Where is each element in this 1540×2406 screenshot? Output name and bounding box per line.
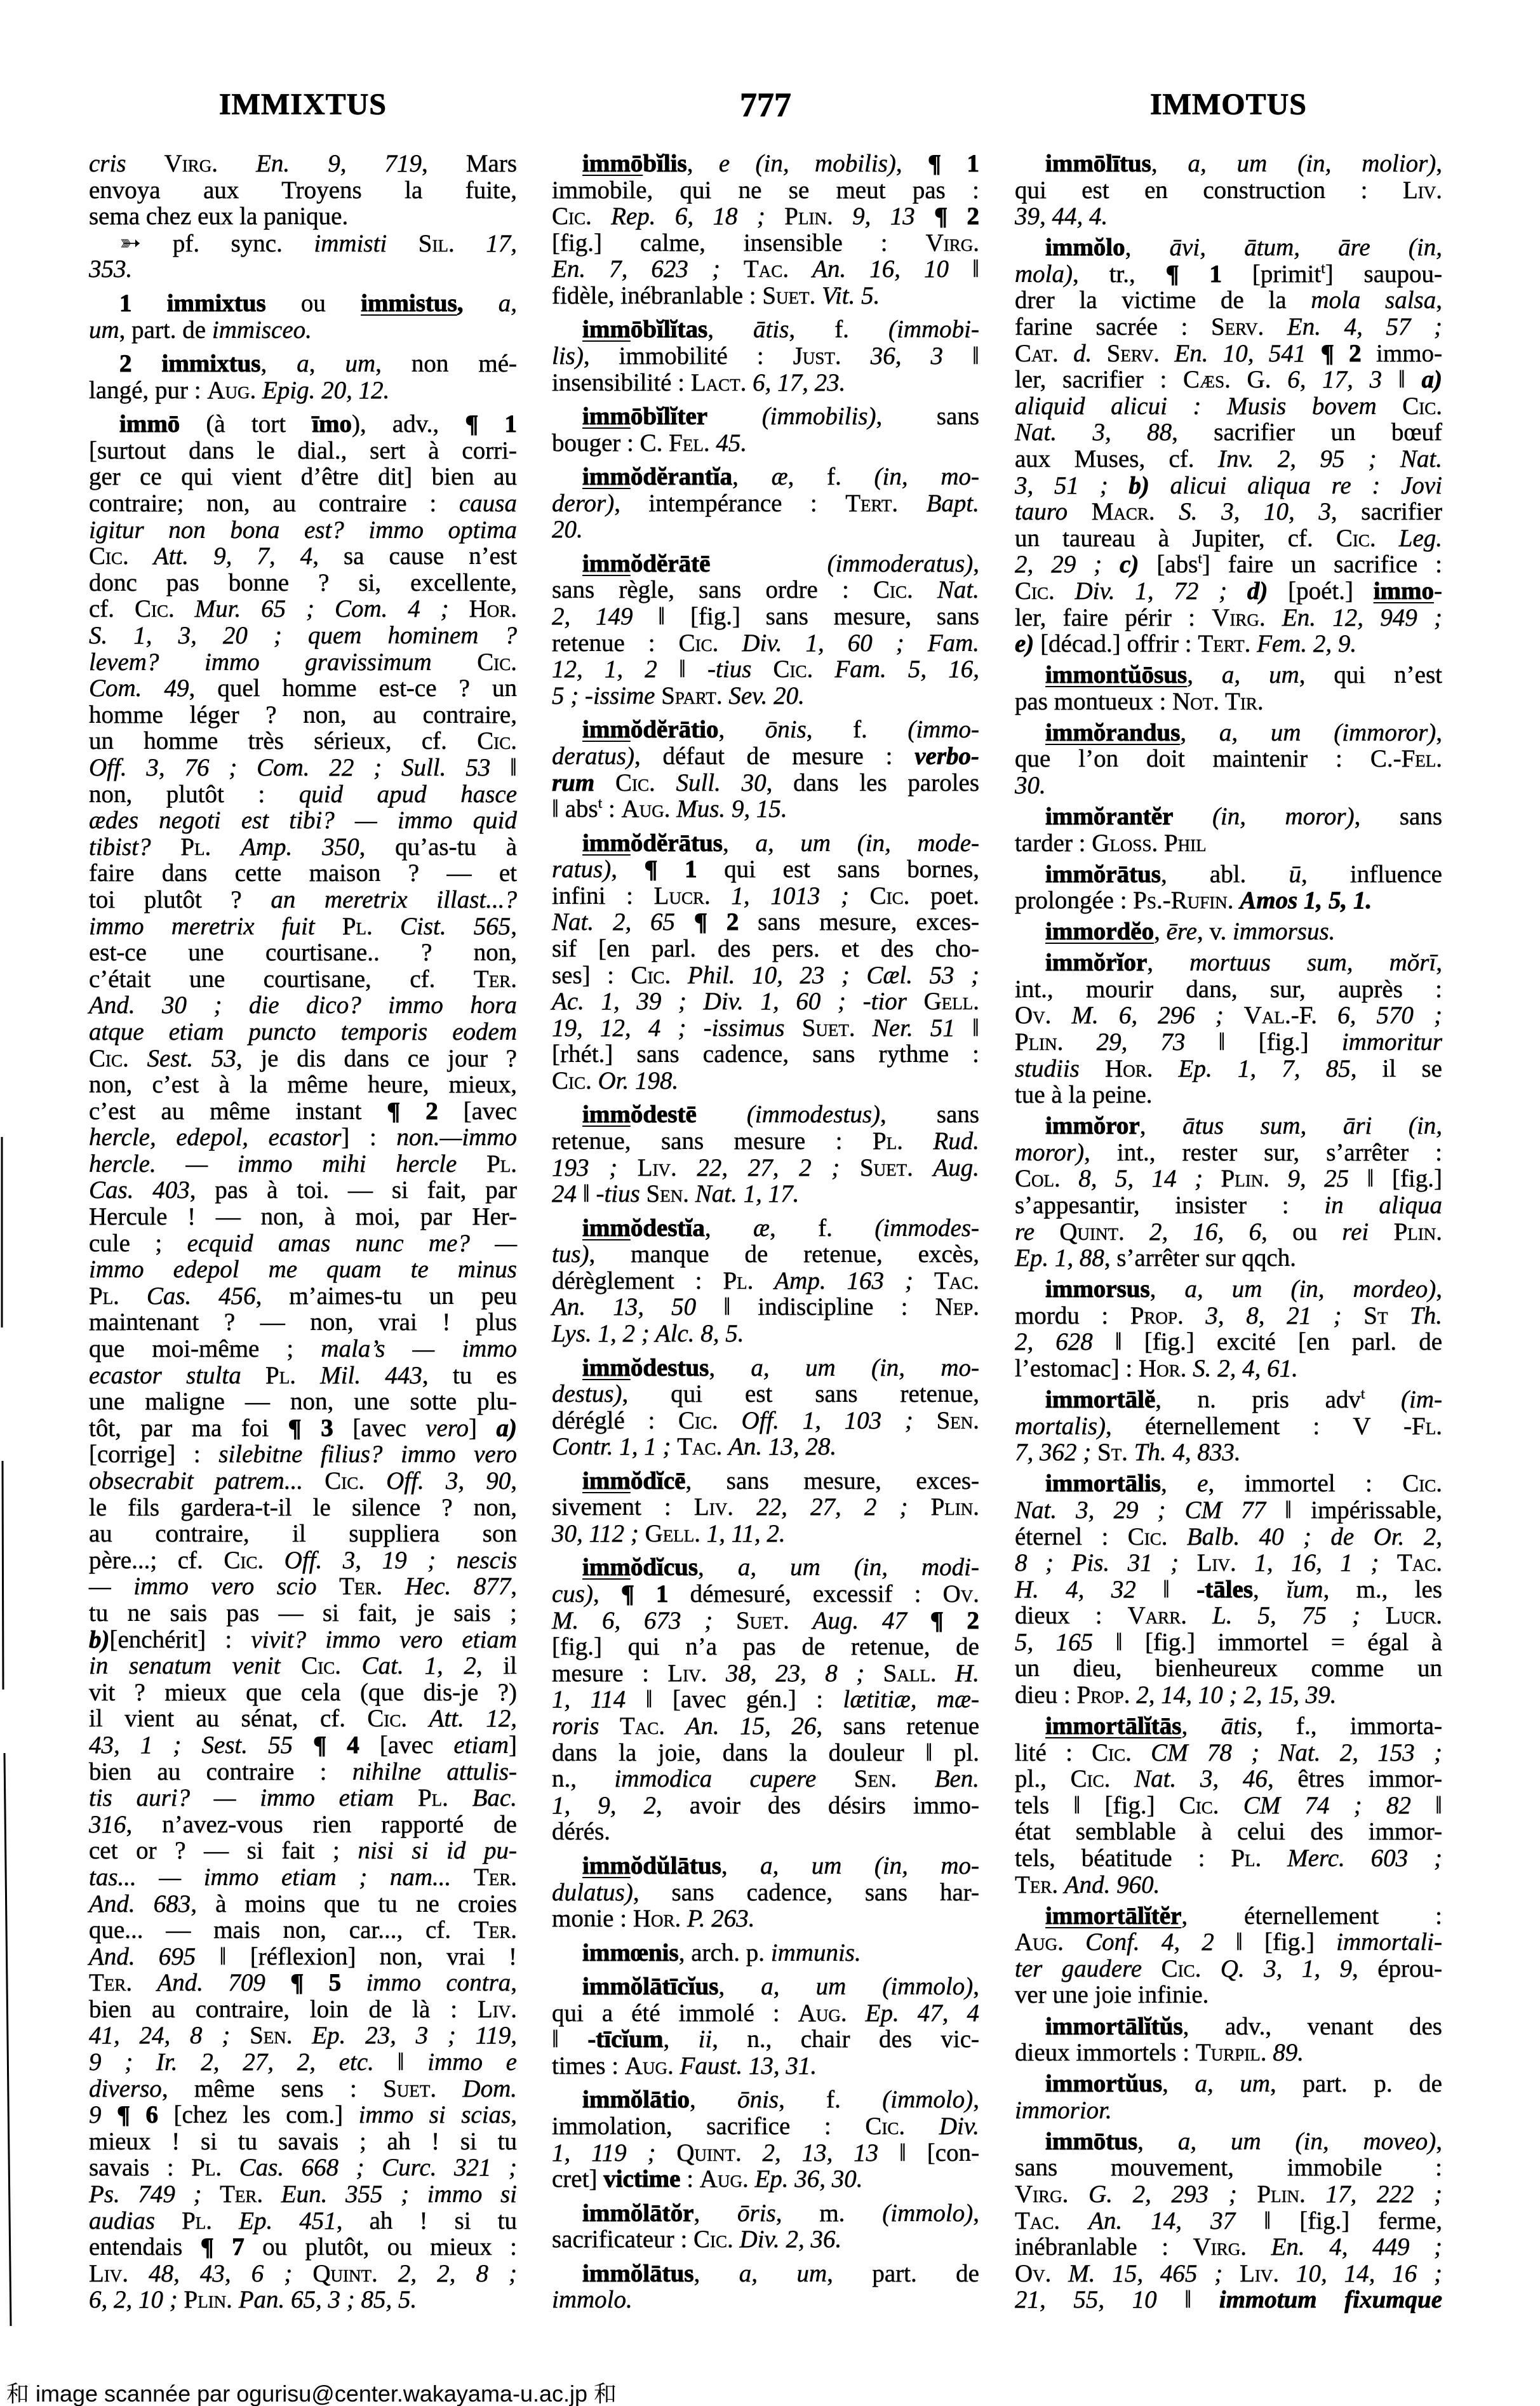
text-line: drer la victime de la mola salsa,	[1015, 287, 1442, 314]
italic-text: immolo.	[552, 2286, 633, 2313]
text-line: éternel : Cic. Balb. 40 ; de Or. 2,	[1015, 1524, 1442, 1550]
bold-headword: ŏdestus	[631, 1354, 709, 1381]
italic-text: En. 4, 449 ;	[1271, 2233, 1442, 2261]
dictionary-entry: immŏrĭor, mortuus sum, mŏrī,int., mourir…	[1015, 950, 1442, 1108]
underlined-headword: immo	[1374, 577, 1434, 605]
bold-headword: ŏdestē	[631, 1101, 697, 1128]
text-line: pl., Cic. Nat. 3, 46, êtres immor-	[1015, 1766, 1442, 1792]
text-line: Plin. 29, 73 ‖ [fig.] immoritur	[1015, 1029, 1442, 1056]
italic-text: 36, 3	[871, 342, 943, 370]
author-abbreviation: Pl.	[723, 1267, 753, 1294]
dictionary-entry: immŏdĕrātē (immoderatus),sans règle, san…	[552, 551, 979, 709]
bold-headword: ŏdĭcus	[631, 1554, 698, 1581]
text-line: sema chez eux la panique.	[89, 203, 517, 230]
entry-headword-line: immortŭus, a, um, part. p. de	[1015, 2071, 1442, 2097]
italic-text: mola)	[1015, 260, 1073, 288]
italic-text: (im-	[1401, 1386, 1442, 1413]
text-line: And. 695 ‖ [réflexion] non, vrai !	[89, 1944, 517, 1970]
text-line: H. 4, 32 ‖ -tāles, ĭum, m., les	[1015, 1576, 1442, 1603]
author-abbreviation: Suet.	[736, 1607, 789, 1634]
italic-text: Off. 3, 76 ; Com. 22 ; Sull. 53	[89, 754, 490, 781]
entry-headword-line: immontŭōsus, a, um, qui n’est	[1015, 662, 1442, 689]
column-left: cris Virg. En. 9, 719, Marsenvoya aux Tr…	[89, 151, 517, 2313]
bold-headword: immŏlātus	[582, 2260, 694, 2287]
italic-text: 29, 73	[1097, 1028, 1186, 1056]
entry-headword-line: immŏrĭor, mortuus sum, mŏrī,	[1015, 950, 1442, 976]
italic-text: a	[297, 350, 309, 377]
italic-text: 9, 13	[852, 203, 915, 230]
author-abbreviation: Serv.	[1107, 340, 1160, 367]
author-abbreviation: Gell.	[645, 1520, 700, 1547]
italic-text: 5 ; -issime	[552, 682, 655, 709]
text-line: 9 ¶ 6 [chez les com.] immo si scias,	[89, 2102, 517, 2128]
italic-text: Th. 4, 833.	[1134, 1439, 1241, 1466]
italic-text: Dom.	[462, 2075, 517, 2102]
text-line: immo edepol me quam te minus	[89, 1256, 517, 1283]
italic-text: immo e	[427, 2048, 517, 2076]
text-line: [fig.] qui n’a pas de retenue, de	[552, 1634, 979, 1660]
text-line: Ov. M. 15, 465 ; Liv. 10, 14, 16 ;	[1015, 2261, 1442, 2287]
italic-text: um	[89, 316, 119, 344]
author-abbreviation: V -Fl.	[1353, 1413, 1442, 1440]
text-line: 41, 24, 8 ; Sen. Ep. 23, 3 ; 119,	[89, 2022, 517, 2049]
text-line: Nat. 2, 65 ¶ 2 sans mesure, exces-	[552, 909, 979, 936]
italic-text: Q. 3, 1, 9	[1221, 1955, 1352, 1982]
entry-headword-line: 1 immixtus ou immistus, a,	[89, 290, 517, 317]
italic-text: 1, 9, 2	[552, 1792, 656, 1819]
italic-text: Mil. 443	[320, 1362, 422, 1389]
bold-italic-text: b)	[1128, 472, 1149, 499]
italic-text: lis)	[552, 342, 584, 370]
author-abbreviation: Hor.	[633, 1905, 681, 1932]
text-line: 30.	[1015, 772, 1442, 799]
text-line: tarder : Gloss. Phil	[1015, 830, 1442, 857]
italic-text: An. 13, 28.	[728, 1433, 836, 1460]
text-line: savais : Pl. Cas. 668 ; Curc. 321 ;	[89, 2154, 517, 2181]
bold-headword: īmo	[312, 410, 352, 438]
author-abbreviation: Hor.	[1139, 1355, 1186, 1382]
text-line: ‖ abst : Aug. Mus. 9, 15.	[552, 796, 979, 823]
entry-headword-line: immŏdĭcus, a, um (in, modi-	[552, 1554, 979, 1581]
author-abbreviation: Prop.	[1076, 1681, 1130, 1709]
text-line: And. 683, à moins que tu ne croies	[89, 1891, 517, 1918]
italic-text: Cat. 1, 2	[362, 1652, 476, 1679]
text-line: bien au contraire, loin de là : Liv.	[89, 1996, 517, 2023]
author-abbreviation: Cic.	[552, 203, 592, 230]
italic-text: 38, 23, 8 ;	[726, 1660, 864, 1687]
bold-italic-text: a)	[1422, 366, 1443, 393]
text-line: sivement : Liv. 22, 27, 2 ; Plin.	[552, 1494, 979, 1521]
underlined-headword: immŏrandus	[1045, 719, 1180, 746]
dictionary-entry: immōbĭlĭtas, ātis, f. (immobi-lis), immo…	[552, 316, 979, 396]
entry-headword-line: immŏdĕrātē (immoderatus),	[552, 551, 979, 577]
dictionary-entry: immōbĭlĭter (immobilis), sansbouger : C.…	[552, 403, 979, 456]
text-line: insensibilité : Lact. 6, 17, 23.	[552, 370, 979, 396]
italic-text: immo meretrix fuit	[89, 913, 315, 940]
italic-text: āvi, ātum, āre (in,	[1170, 234, 1442, 261]
italic-text: moror)	[1015, 1139, 1084, 1166]
author-abbreviation: Not. Tir.	[1172, 688, 1264, 715]
entry-headword-line: immŏdĕrantĭa, æ, f. (in, mo-	[552, 464, 979, 490]
italic-text: An. 16, 10	[812, 255, 949, 283]
dictionary-entry: immŏror, ātus sum, āri (in,moror), int.,…	[1015, 1113, 1442, 1272]
italic-text: 17,	[486, 230, 517, 257]
italic-text: 6, 17, 3	[1287, 366, 1382, 393]
text-line: Cic. Rep. 6, 18 ; Plin. 9, 13 ¶ 2	[552, 203, 979, 230]
text-line: mieux ! si tu savais ; ah ! si tu	[89, 2128, 517, 2155]
author-abbreviation: Ov.	[1015, 2260, 1051, 2287]
text-line: 1, 114 ‖ [avec gén.] : lætitiæ, mæ-	[552, 1686, 979, 1713]
italic-text: Div.	[939, 2113, 979, 2140]
author-abbreviation: Cic.	[89, 542, 129, 570]
text-line: Aug. Conf. 4, 2 ‖ [fig.] immortali-	[1015, 1929, 1442, 1956]
italic-text: mola salsa	[1311, 286, 1436, 314]
dictionary-entry: immō (à tort īmo), adv., ¶ 1[surtout dan…	[89, 411, 517, 2313]
underlined-headword: imm	[582, 1354, 631, 1381]
italic-text: tibist?	[89, 833, 151, 861]
italic-text: 1, 16, 1 ;	[1254, 1549, 1379, 1576]
author-abbreviation: Serv.	[1211, 313, 1264, 340]
author-abbreviation: Cic.	[89, 1045, 129, 1072]
underlined-headword: imm	[582, 830, 631, 857]
italic-text: Div. 1, 72 ;	[1075, 577, 1228, 605]
dictionary-entry: immortŭus, a, um, part. p. deimmorior.	[1015, 2071, 1442, 2123]
underlined-headword: imm	[582, 463, 631, 490]
entry-headword-line: immōbĭlĭtas, ātis, f. (immobi-	[552, 316, 979, 343]
underlined-headword: imm	[582, 1101, 631, 1128]
author-abbreviation: Hor.	[1105, 1055, 1153, 1082]
text-line: diverso, même sens : Suet. Dom.	[89, 2076, 517, 2102]
text-line: hercle. — immo mihi hercle Pl.	[89, 1151, 517, 1178]
author-abbreviation: Ter.	[474, 965, 517, 993]
italic-text: Com. 49	[89, 675, 189, 702]
bold-headword: ¶ 1	[928, 150, 979, 177]
italic-text: levem? immo gravissimum	[89, 649, 432, 676]
italic-text: etiam	[453, 1731, 509, 1759]
text-line: roris Tac. An. 15, 26, sans retenue	[552, 1713, 979, 1740]
text-line: cf. Cic. Mur. 65 ; Com. 4 ; Hor.	[89, 596, 517, 622]
italic-text: CM 78 ; Nat. 2, 153 ;	[1151, 1739, 1442, 1766]
author-abbreviation: Cic.	[1071, 1765, 1111, 1792]
italic-text: dulatus)	[552, 1879, 633, 1906]
text-line: [surtout dans le dial., sert à corri-	[89, 438, 517, 464]
author-abbreviation: Tert.	[845, 490, 898, 517]
bold-headword: -tāles	[1196, 1576, 1253, 1603]
italic-text: Cas. 456	[147, 1282, 256, 1310]
author-abbreviation: Prop.	[1130, 1302, 1184, 1329]
italic-text: a, um (in, mo-	[760, 1852, 979, 1879]
italic-text: an meretrix illast...?	[271, 886, 517, 913]
text-line: ter gaudere Cic. Q. 3, 1, 9, éprou-	[1015, 1956, 1442, 1982]
entry-headword-line: immŏror, ātus sum, āri (in,	[1015, 1113, 1442, 1139]
author-abbreviation: Pl.	[418, 1784, 448, 1811]
italic-text: An. 14, 37	[1088, 2207, 1235, 2235]
text-line: sif [en parl. des pers. et des cho-	[552, 936, 979, 962]
text-line: ædes negoti est tibi? — immo quid	[89, 807, 517, 834]
text-line: Com. 49, quel homme est-ce ? un	[89, 675, 517, 702]
italic-text: Off. 1, 103 ;	[741, 1407, 913, 1434]
italic-text: Mur. 65 ; Com. 4 ;	[195, 595, 449, 622]
italic-text: And. 709	[157, 1969, 265, 1996]
author-abbreviation: Pl.	[182, 2207, 212, 2235]
entry-headword-line: immortālĭtĕr, éternellement :	[1015, 1903, 1442, 1930]
text-line: 7, 362 ; St. Th. 4, 833.	[1015, 1439, 1442, 1466]
text-line: qui est en construction : Liv.	[1015, 177, 1442, 204]
entry-headword-line: immŏlo, āvi, ātum, āre (in,	[1015, 234, 1442, 261]
author-abbreviation: Pl.	[342, 913, 373, 940]
italic-text: a, um	[1222, 661, 1299, 689]
dictionary-entry: immortālĕ, n. pris advt (im-mortalis), é…	[1015, 1387, 1442, 1466]
italic-text: 10, 14, 16 ;	[1296, 2260, 1442, 2287]
italic-text: vivit? immo vero etiam	[251, 1626, 517, 1653]
text-line: — immo vero scio Ter. Hec. 877,	[89, 1573, 517, 1600]
author-abbreviation: Liv.	[1197, 1549, 1236, 1576]
entry-headword-line: immŏdŭlātus, a, um (in, mo-	[552, 1853, 979, 1879]
underlined-headword: immortālĭtās	[1045, 1712, 1181, 1740]
text-line: atque etiam puncto temporis eodem	[89, 1019, 517, 1045]
text-line: Ac. 1, 39 ; Div. 1, 60 ; -tior Gell.	[552, 988, 979, 1015]
bold-headword: immŏlātīcĭus	[582, 1973, 718, 2000]
scan-credit-footer: 和 image scannée par ogurisu@center.wakay…	[6, 2382, 617, 2405]
italic-text: (immolo)	[882, 2086, 973, 2113]
dictionary-entry: immœnis, arch. p. immunis.	[552, 1940, 979, 1966]
entry-headword-line: immortālis, e, immortel : Cic.	[1015, 1470, 1442, 1497]
text-line: farine sacrée : Serv. En. 4, 57 ;	[1015, 314, 1442, 340]
author-abbreviation: Ov.	[1015, 1002, 1051, 1029]
italic-text: 2, 149	[552, 603, 633, 630]
entry-headword-line: immŏlātio, ōnis, f. (immolo),	[552, 2087, 979, 2113]
author-abbreviation: Plin.	[184, 2286, 232, 2313]
author-abbreviation: Nep.	[935, 1293, 979, 1321]
author-abbreviation: Virg.	[1212, 604, 1265, 631]
author-abbreviation: Varr.	[1128, 1602, 1187, 1629]
author-abbreviation: Aug.	[1015, 1928, 1064, 1956]
author-abbreviation: Ter.	[89, 1969, 132, 1996]
italic-text: 7, 362 ;	[1015, 1439, 1091, 1466]
text-line: cule ; ecquid amas nunc me? —	[89, 1230, 517, 1257]
author-abbreviation: Sen.	[250, 2022, 292, 2049]
text-line: 24 ‖ -tius Sen. Nat. 1, 17.	[552, 1181, 979, 1207]
dictionary-entry: immŏlātīcĭus, a, um (immolo),qui a été i…	[552, 1973, 979, 2079]
italic-text: Conf. 4, 2	[1085, 1928, 1214, 1956]
author-abbreviation: Quint.	[312, 2260, 377, 2287]
text-line: tu ne sais pas — si fait, je sais ;	[89, 1600, 517, 1627]
text-line: inébranlable : Virg. En. 4, 449 ;	[1015, 2234, 1442, 2261]
underlined-headword: immō	[582, 150, 643, 177]
bold-headword: ŏdestĭa	[631, 1214, 705, 1242]
text-line: audias Pl. Ep. 451, ah ! si tu	[89, 2208, 517, 2235]
text-line: ger ce qui vient d’être dit] bien au	[89, 464, 517, 490]
text-line: il vient au sénat, cf. Cic. Att. 12,	[89, 1705, 517, 1732]
author-abbreviation: Aug.	[207, 377, 256, 404]
text-line: tels, béatitude : Pl. Merc. 603 ;	[1015, 1845, 1442, 1872]
italic-text: S. 3, 10, 3	[1179, 498, 1331, 525]
text-line: dieux : Varr. L. 5, 75 ; Lucr.	[1015, 1603, 1442, 1629]
text-line: obsecrabit patrem... Cic. Off. 3, 90,	[89, 1468, 517, 1495]
text-line: aliquid alicui : Musis bovem Cic.	[1015, 393, 1442, 420]
text-line: homme léger ? non, au contraire,	[89, 702, 517, 729]
bold-headword: ŏdŭlātus	[631, 1852, 721, 1879]
italic-text: ter gaudere	[1015, 1955, 1142, 1982]
text-line: Cic. Div. 1, 72 ; d) [poét.] immo-	[1015, 578, 1442, 605]
text-line: 8 ; Pis. 31 ; Liv. 1, 16, 1 ; Tac.	[1015, 1550, 1442, 1576]
dictionary-entry: immŏdĕrātus, a, um (in, mode-ratus), ¶ 1…	[552, 830, 979, 1094]
dictionary-entry: immŏrantĕr (in, moror), sanstarder : Glo…	[1015, 803, 1442, 856]
entry-headword-line: immŏrandus, a, um (immoror),	[1015, 720, 1442, 746]
text-line: 9 ; Ir. 2, 27, 2, etc. ‖ immo e	[89, 2049, 517, 2076]
text-line: lité : Cic. CM 78 ; Nat. 2, 153 ;	[1015, 1740, 1442, 1766]
dictionary-entry: immŏlātio, ōnis, f. (immolo),immolation,…	[552, 2087, 979, 2192]
author-abbreviation: Cic.	[135, 595, 175, 622]
superscript-abbrev: t	[1361, 1386, 1365, 1402]
text-line: Cas. 403, pas à toi. — si fait, par	[89, 1177, 517, 1204]
text-line: retenue, sans mesure : Pl. Rud.	[552, 1128, 979, 1155]
italic-text: 2, 628	[1015, 1328, 1093, 1355]
italic-text: atque etiam puncto temporis eodem	[89, 1018, 517, 1045]
text-line: 39, 44, 4.	[1015, 203, 1442, 230]
text-line: ler, sacrifier : Cæs. G. 6, 17, 3 ‖ a)	[1015, 366, 1442, 393]
italic-text: Hec. 877	[405, 1573, 511, 1600]
italic-text: Nat. 3, 29 ; CM 77	[1015, 1496, 1266, 1524]
author-abbreviation: Liv.	[478, 1996, 517, 2023]
author-abbreviation: Cic.	[1179, 1792, 1219, 1819]
italic-text: H. 4, 32	[1015, 1576, 1136, 1603]
text-line: prolongée : Ps.-Rufin. Amos 1, 5, 1.	[1015, 887, 1442, 914]
italic-text: Rep. 6, 18 ;	[611, 203, 765, 230]
italic-text: studiis	[1015, 1055, 1080, 1082]
author-abbreviation: Cic.	[631, 962, 671, 989]
author-abbreviation: Macr.	[1092, 498, 1155, 525]
italic-text: immorsus.	[1233, 918, 1335, 945]
author-abbreviation: Liv.	[1403, 177, 1442, 204]
bold-headword: ¶ 4	[313, 1731, 359, 1759]
text-line: toi plutôt ? an meretrix illast...?	[89, 887, 517, 913]
italic-text: a, um (in, molior)	[1188, 150, 1436, 177]
italic-text: Vit. 5.	[822, 282, 880, 309]
entry-headword-line: immŏlātŏr, ōris, m. (immolo),	[552, 2200, 979, 2227]
author-abbreviation: Turpil.	[1196, 2039, 1267, 2066]
text-line: état semblable à celui des immor-	[1015, 1818, 1442, 1845]
italic-text: Off. 3, 90	[386, 1467, 511, 1495]
italic-text: ū	[1289, 861, 1301, 888]
italic-text: Cas. 668 ; Curc. 321 ;	[239, 2154, 517, 2181]
text-line: int., mourir dans, sur, auprès :	[1015, 976, 1442, 1003]
author-abbreviation: Sall.	[883, 1660, 937, 1687]
underlined-headword: imm	[582, 1467, 631, 1495]
italic-text: 2, 13, 13	[763, 2139, 879, 2167]
text-line: que moi-même ; mala’s — immo	[89, 1336, 517, 1362]
author-abbreviation: Suet.	[802, 1014, 855, 1042]
author-abbreviation: Cic.	[1402, 1470, 1442, 1497]
italic-text: rei	[1342, 1218, 1369, 1246]
author-abbreviation: Virg.	[926, 229, 979, 257]
text-line: mesure : Liv. 38, 23, 8 ; Sall. H.	[552, 1660, 979, 1687]
author-abbreviation: Val.-F.	[1244, 1002, 1317, 1029]
dictionary-entry: immōbĭlis, e (in, mobilis), ¶ 1immobile,…	[552, 151, 979, 309]
italic-text: (immolo)	[882, 2200, 973, 2227]
italic-text: (immodestus)	[747, 1101, 880, 1128]
author-abbreviation: Pl.	[873, 1127, 903, 1155]
italic-text: æ	[772, 463, 788, 490]
italic-text: lætitiæ, mæ-	[843, 1686, 980, 1713]
italic-text: Cas. 403	[89, 1176, 190, 1204]
entry-headword-line: immŏdĭcē, sans mesure, exces-	[552, 1468, 979, 1495]
bold-headword: immortālĕ	[1045, 1386, 1155, 1413]
entry-headword-line: 2 immixtus, a, um, non mé-	[89, 351, 517, 377]
italic-text: a, um (in, modi-	[738, 1554, 979, 1581]
italic-text: immo contra	[366, 1969, 511, 1996]
text-line: au contraire, il suppliera son	[89, 1521, 517, 1547]
text-line: 12, 1, 2 ‖ -tius Cic. Fam. 5, 16,	[552, 656, 979, 683]
text-line: immolo.	[552, 2287, 979, 2313]
author-abbreviation: Cic.	[873, 576, 913, 603]
bold-headword: immortālĭtŭs	[1045, 2013, 1183, 2040]
author-abbreviation: Col.	[1015, 1165, 1061, 1192]
author-abbreviation: Suet.	[762, 282, 815, 309]
bold-italic-text: Amos 1, 5, 1.	[1240, 887, 1372, 914]
italic-text: immunis.	[771, 1939, 861, 1966]
author-abbreviation: Cic.	[1162, 1955, 1202, 1982]
author-abbreviation: Gell.	[924, 988, 979, 1015]
entry-headword-line: immŏlātus, a, um, part. de	[552, 2261, 979, 2287]
italic-text: 2, 29 ;	[1015, 551, 1102, 578]
text-line: 2, 29 ; c) [abst] faire un sacrifice :	[1015, 551, 1442, 578]
text-line: And. 30 ; die dico? immo hora	[89, 992, 517, 1019]
author-abbreviation: Cat.	[1015, 340, 1059, 367]
italic-text: Th.	[1410, 1302, 1442, 1329]
italic-text: a, um (immoror)	[1219, 719, 1436, 746]
bold-headword: immŏror	[1045, 1112, 1140, 1139]
entry-headword-line: immō (à tort īmo), adv., ¶ 1	[89, 411, 517, 438]
bold-headword: immortālis	[1045, 1470, 1161, 1497]
bold-headword: ¶ 3	[288, 1415, 333, 1442]
author-abbreviation: Cæs.	[1183, 366, 1231, 393]
italic-text: silebitne filius? immo vero	[218, 1441, 517, 1468]
bold-headword: immorsus	[1045, 1275, 1150, 1303]
bold-headword: ¶ 1	[645, 856, 697, 883]
author-abbreviation: Pl.	[180, 833, 211, 861]
author-abbreviation: Aug.	[625, 2052, 674, 2080]
italic-text: En. 4, 57 ;	[1287, 313, 1442, 340]
italic-text: Att. 9, 7, 4	[154, 542, 312, 570]
italic-text: ædes negoti est tibi? — immo quid	[89, 807, 517, 834]
entry-headword-line: immordĕo, ēre, v. immorsus.	[1015, 918, 1442, 945]
author-abbreviation: Ter.	[474, 1916, 517, 1944]
bold-italic-text: a)	[497, 1415, 518, 1442]
italic-text: 193 ;	[552, 1154, 617, 1181]
italic-text: (immobi-	[888, 316, 979, 343]
italic-text: Ac. 1, 39 ; Div. 1, 60 ; -tior	[552, 988, 907, 1015]
author-abbreviation: Tert.	[1198, 630, 1250, 657]
italic-text: 30, 112 ;	[552, 1520, 639, 1547]
italic-text: 1, 11, 2.	[707, 1520, 786, 1547]
italic-text: a, um	[1195, 2070, 1271, 2097]
text-line: 5 ; -issime Spart. Sev. 20.	[552, 683, 979, 709]
bold-headword: immŏlātio	[582, 2086, 690, 2113]
italic-text: 8, 5, 14 ;	[1078, 1165, 1203, 1192]
italic-text: hercle. — immo mihi hercle	[89, 1150, 457, 1178]
underlined-headword: imm	[582, 1554, 631, 1581]
text-line: rum Cic. Sull. 30, dans les paroles	[552, 770, 979, 796]
running-head-left-guide-word: IMMIXTUS	[89, 90, 517, 121]
text-line: faire dans cette maison ? — et	[89, 860, 517, 887]
italic-text: igitur non bona est? immo optima	[89, 516, 517, 544]
author-abbreviation: Cic.	[870, 882, 910, 910]
text-line: 30, 112 ; Gell. 1, 11, 2.	[552, 1521, 979, 1547]
italic-text: En. 9, 719	[256, 150, 422, 177]
italic-text: And. 695	[89, 1943, 196, 1970]
italic-text: 2, 16, 6	[1149, 1218, 1261, 1246]
